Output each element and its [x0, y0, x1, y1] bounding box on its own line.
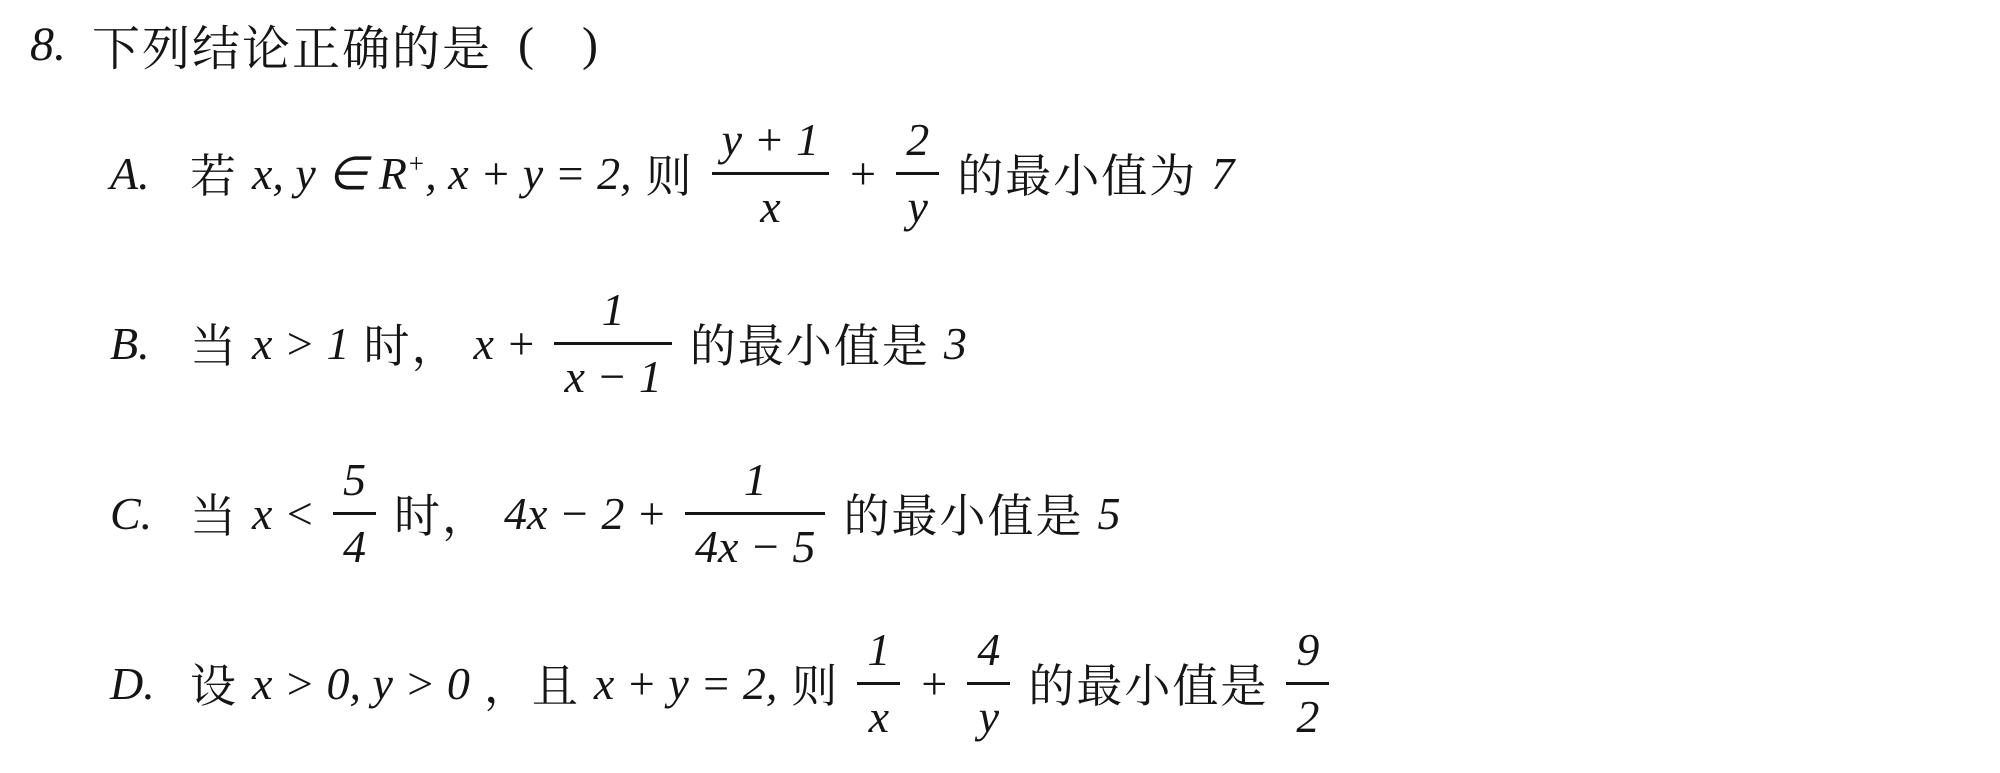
- option-b-shi-text: 时，: [363, 310, 459, 376]
- fraction-denominator: x − 1: [554, 345, 671, 400]
- fraction-numerator: 2: [896, 117, 939, 172]
- option-b-value: 3: [944, 317, 967, 370]
- option-d-tail-text: 的最小值是: [1028, 650, 1268, 716]
- fraction-numerator: 5: [333, 457, 376, 512]
- fraction-denominator: 4x − 5: [685, 515, 825, 570]
- option-d-label: D.: [110, 657, 176, 710]
- fraction-numerator: 1: [734, 457, 777, 512]
- option-d-row: D. 设 x > 0, y > 0 ，且 x + y = 2, 则 1 x + …: [0, 598, 2000, 768]
- fraction-denominator: y: [897, 175, 937, 230]
- question-number: 8.: [30, 17, 66, 72]
- option-d-condition: x > 0, y > 0: [252, 657, 470, 710]
- fraction-9-over-2: 9 2: [1286, 627, 1329, 740]
- fraction-1-over-4x-minus-5: 1 4x − 5: [685, 457, 825, 570]
- option-c-label: C.: [110, 487, 176, 540]
- fraction-1-over-x: 1 x: [857, 627, 900, 740]
- option-d-lead-text: 设: [190, 650, 238, 716]
- fraction-2-over-y: 2 y: [896, 117, 939, 230]
- option-a-condition-mid: , x + y = 2,: [425, 148, 631, 199]
- fraction-denominator: y: [969, 685, 1009, 740]
- option-b-tail-text: 的最小值是: [690, 310, 930, 376]
- option-c-shi-text: 时，: [394, 480, 490, 546]
- fraction-denominator: x: [750, 175, 790, 230]
- fraction-numerator: 9: [1286, 627, 1329, 682]
- option-a-row: A. 若 x, y ∈ R+, x + y = 2, 则 y + 1 x + 2…: [0, 88, 2000, 258]
- plus-operator: +: [918, 657, 949, 710]
- option-c-expression: 4x − 2 +: [504, 487, 667, 540]
- fraction-numerator: 1: [592, 287, 635, 342]
- option-b-row: B. 当 x > 1 时， x + 1 x − 1 的最小值是 3: [0, 258, 2000, 428]
- option-d-equation: x + y = 2,: [594, 657, 777, 710]
- option-a-condition: x, y ∈ R+, x + y = 2,: [252, 146, 632, 200]
- fraction-numerator: 1: [857, 627, 900, 682]
- option-a-tail-text: 的最小值为: [957, 140, 1197, 206]
- option-b-label: B.: [110, 317, 176, 370]
- fraction-denominator: x: [859, 685, 899, 740]
- superscript-plus: +: [407, 149, 425, 179]
- math-worksheet: 8. 下列结论正确的是 ( ) A. 若 x, y ∈ R+, x + y = …: [0, 0, 2000, 773]
- option-b-lead-text: 当: [190, 310, 238, 376]
- question-text: 下列结论正确的是: [92, 10, 492, 79]
- option-c-value: 5: [1097, 487, 1120, 540]
- option-a-then-text: 则: [646, 140, 694, 206]
- option-c-tail-text: 的最小值是: [843, 480, 1083, 546]
- option-c-row: C. 当 x < 5 4 时， 4x − 2 + 1 4x − 5 的最小值是 …: [0, 428, 2000, 598]
- options-list: A. 若 x, y ∈ R+, x + y = 2, 则 y + 1 x + 2…: [0, 88, 2000, 768]
- fraction-y-plus-1-over-x: y + 1 x: [712, 117, 829, 230]
- option-c-condition: x <: [252, 487, 315, 540]
- option-d-then-text: 则: [791, 650, 839, 716]
- fraction-denominator: 2: [1286, 685, 1329, 740]
- plus-operator: +: [847, 147, 878, 200]
- option-b-expression: x +: [473, 317, 536, 370]
- fraction-denominator: 4: [333, 515, 376, 570]
- answer-blank-parentheses: ( ): [518, 17, 598, 72]
- option-a-condition-pre: x, y ∈ R: [252, 148, 407, 199]
- fraction-5-over-4: 5 4: [333, 457, 376, 570]
- option-a-label: A.: [110, 147, 176, 200]
- fraction-1-over-x-minus-1: 1 x − 1: [554, 287, 671, 400]
- option-c-lead-text: 当: [190, 480, 238, 546]
- option-a-lead-text: 若: [190, 140, 238, 206]
- option-b-condition: x > 1: [252, 317, 349, 370]
- fraction-numerator: 4: [967, 627, 1010, 682]
- question-line: 8. 下列结论正确的是 ( ): [0, 0, 2000, 88]
- option-d-qie-text: ，且: [484, 650, 580, 716]
- option-a-value: 7: [1211, 147, 1234, 200]
- fraction-numerator: y + 1: [712, 117, 829, 172]
- fraction-4-over-y: 4 y: [967, 627, 1010, 740]
